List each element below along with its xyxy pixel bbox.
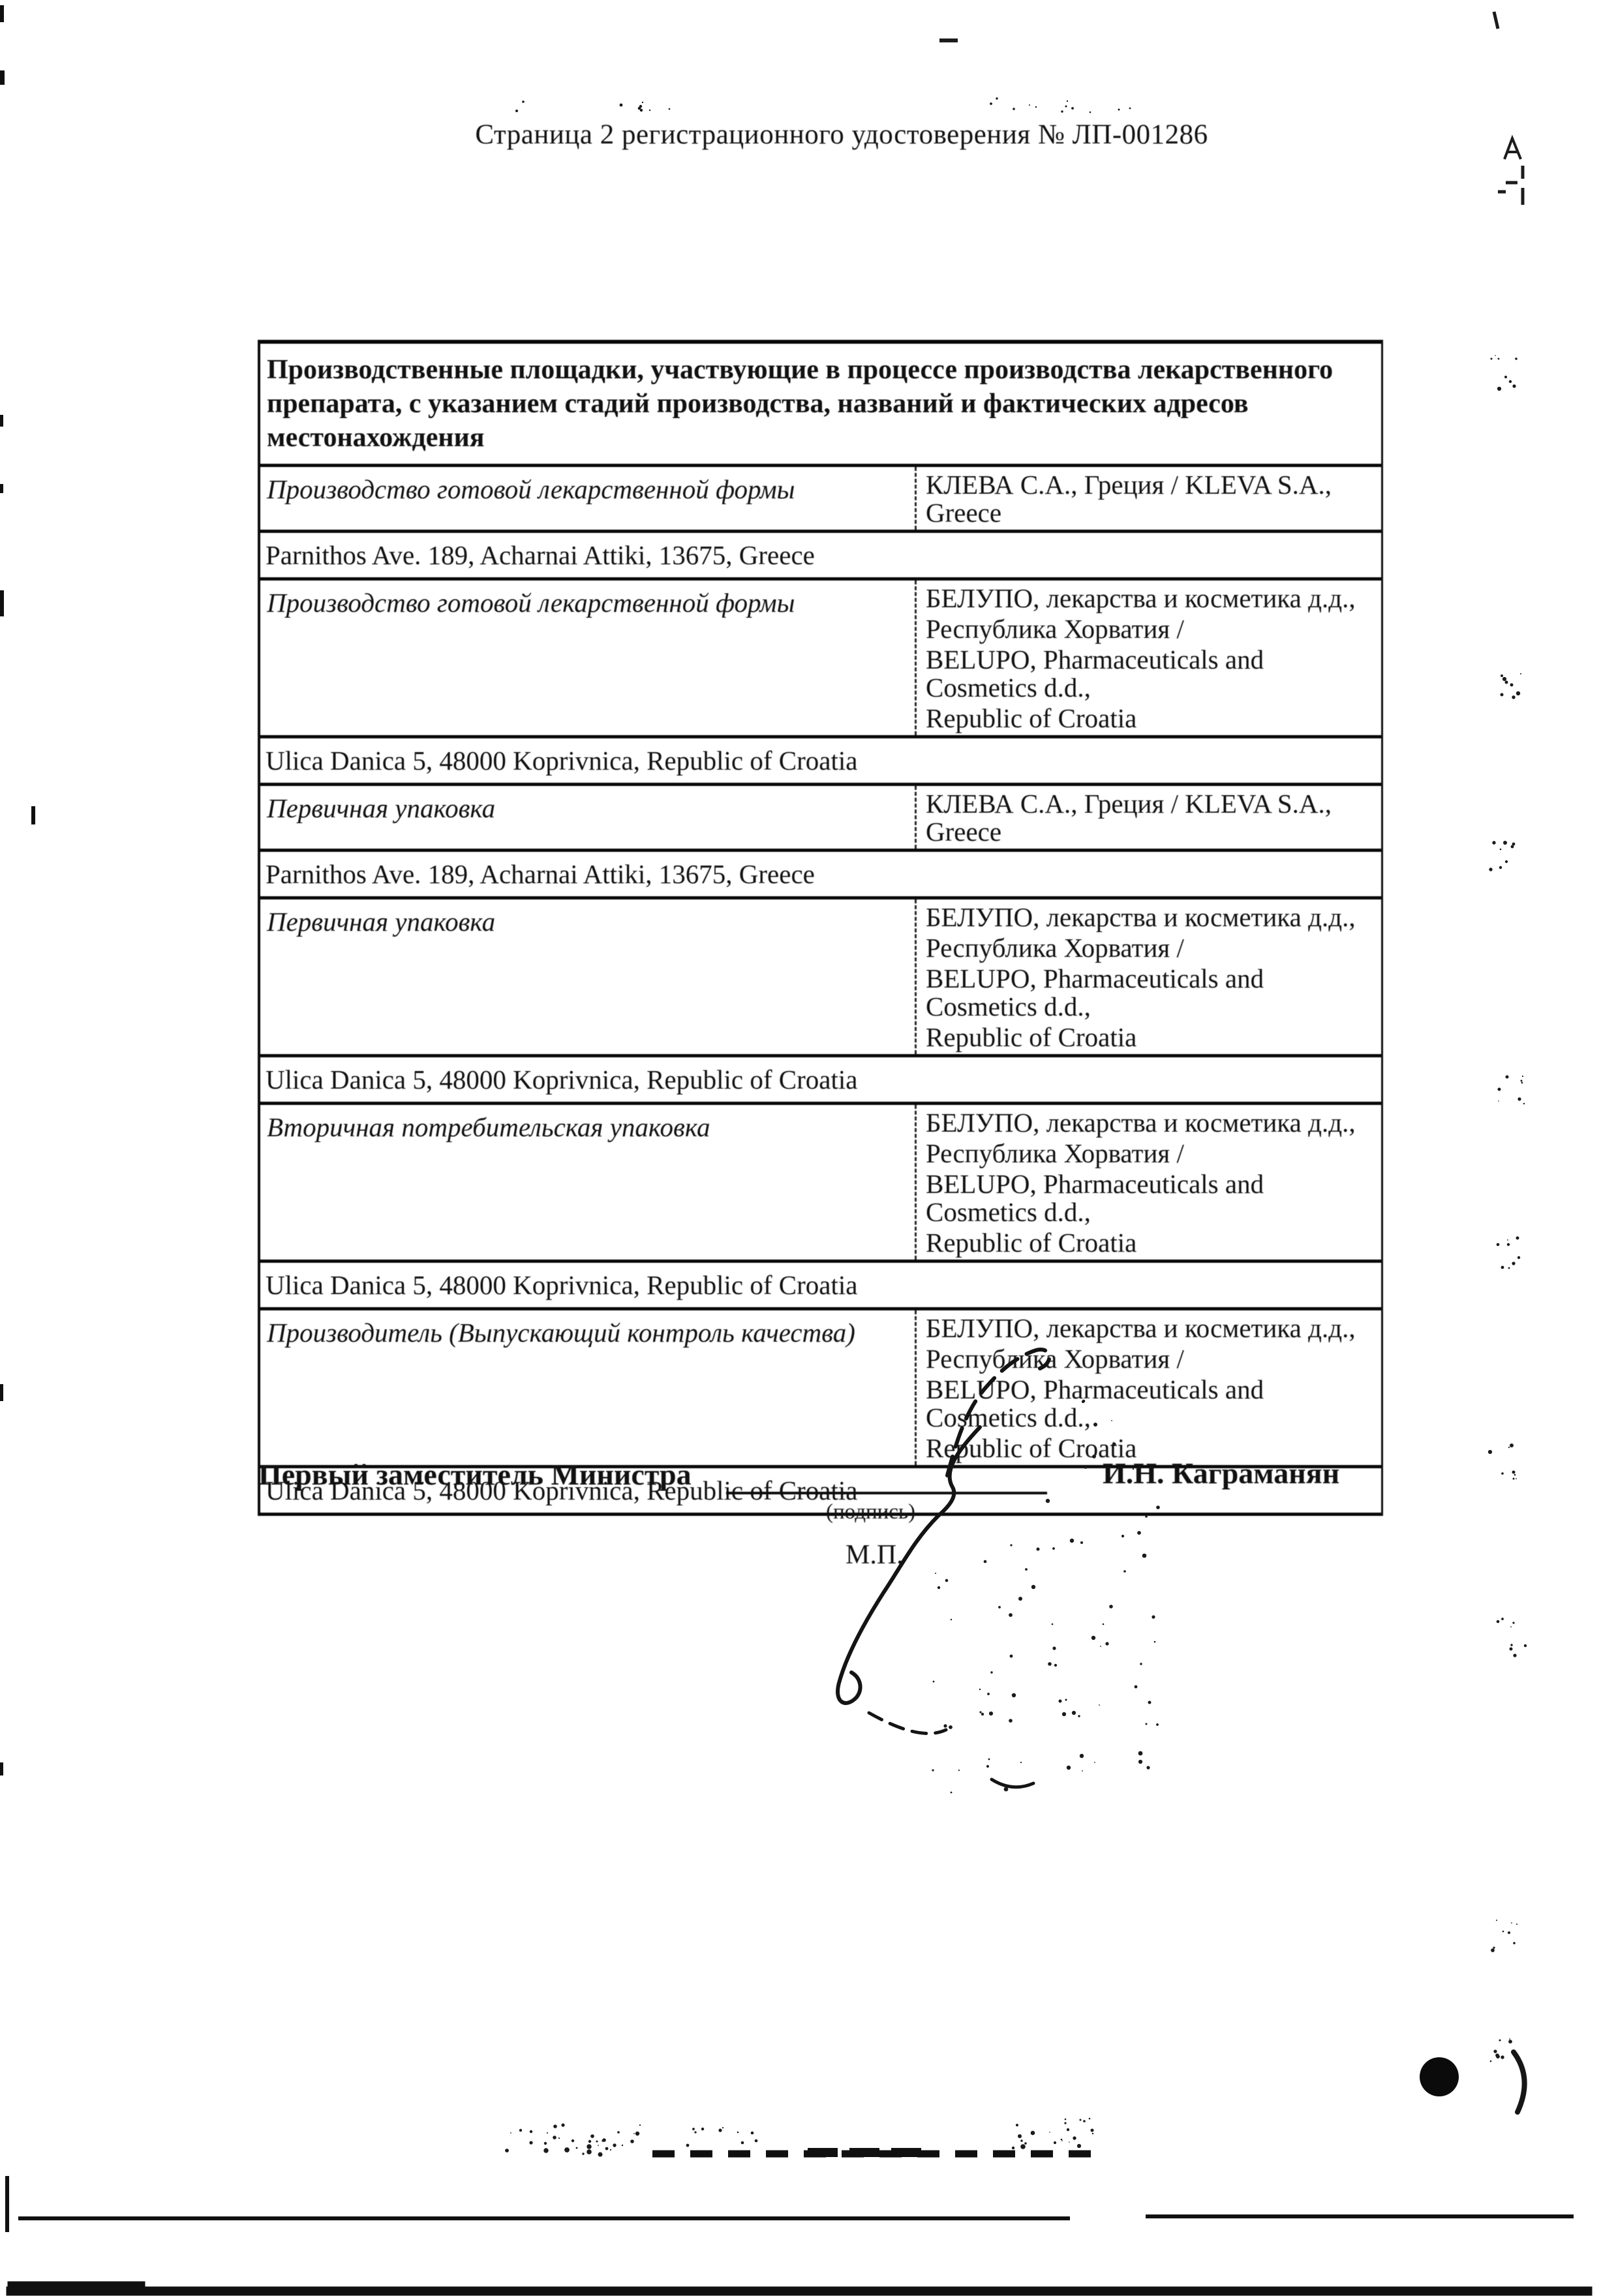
manufacturer-line: BELUPO, Pharmaceuticals and Cosmetics d.… (926, 1374, 1376, 1433)
manufacturer-line: BELUPO, Pharmaceuticals and Cosmetics d.… (926, 644, 1376, 703)
signer-name: И.Н. Каграманян (1103, 1456, 1339, 1490)
manufacturer-cell: КЛЕВА С.А., Греция / KLEVA S.A., Greece (915, 786, 1381, 849)
manufacturer-line: BELUPO, Pharmaceuticals and Cosmetics d.… (926, 1169, 1376, 1228)
signature-caption: (подпись) (826, 1500, 915, 1524)
manufacturer-cell: БЕЛУПО, лекарства и косметика д.д.,Респу… (915, 1105, 1381, 1260)
signer-title: Первый заместитель Министра (258, 1457, 692, 1492)
stage-cell: Вторичная потребительская упаковка (260, 1105, 915, 1260)
top-scan-marks (939, 12, 1523, 205)
table-row-address: Parnithos Ave. 189, Acharnai Attiki, 136… (260, 852, 1381, 899)
address-cell: Ulica Danica 5, 48000 Koprivnica, Republ… (260, 1263, 1381, 1307)
manufacturer-cell: БЕЛУПО, лекарства и косметика д.д.,Респу… (915, 581, 1381, 735)
manufacturer-line: Республика Хорватия / (926, 933, 1376, 963)
left-edge-marks (0, 5, 35, 1775)
stage-cell: Производство готовой лекарственной формы (260, 467, 915, 530)
table-row-stage: Производство готовой лекарственной формы… (260, 581, 1381, 738)
address-cell: Parnithos Ave. 189, Acharnai Attiki, 136… (260, 852, 1381, 896)
stage-cell: Производство готовой лекарственной формы (260, 581, 915, 735)
table-row-stage: Вторичная потребительская упаковка БЕЛУП… (260, 1105, 1381, 1263)
table-row-address: Ulica Danica 5, 48000 Koprivnica, Republ… (260, 1057, 1381, 1105)
table-row-stage: Производство готовой лекарственной формы… (260, 467, 1381, 533)
ink-dot (1420, 2057, 1459, 2096)
table-row-stage: Производитель (Выпускающий контроль каче… (260, 1310, 1381, 1468)
manufacturer-line: Республика Хорватия / (926, 1344, 1376, 1374)
manufacturer-line: Republic of Croatia (926, 703, 1376, 734)
signature-line (726, 1492, 1047, 1494)
manufacturer-line: Republic of Croatia (926, 1022, 1376, 1053)
manufacturer-line: КЛЕВА С.А., Греция / KLEVA S.A., Greece (926, 470, 1376, 528)
table-header: Производственные площадки, участвующие в… (260, 344, 1381, 467)
manufacturer-cell: БЕЛУПО, лекарства и косметика д.д.,Респу… (915, 899, 1381, 1054)
manufacturer-cell: БЕЛУПО, лекарства и косметика д.д.,Респу… (915, 1310, 1381, 1465)
manufacturer-line: БЕЛУПО, лекарства и косметика д.д., (926, 1313, 1376, 1344)
manufacturer-line: КЛЕВА С.А., Греция / KLEVA S.A., Greece (926, 789, 1376, 847)
manufacturer-line: Республика Хорватия / (926, 614, 1376, 644)
manufacturer-line: Республика Хорватия / (926, 1138, 1376, 1169)
address-cell: Ulica Danica 5, 48000 Koprivnica, Republ… (260, 738, 1381, 783)
address-cell: Ulica Danica 5, 48000 Koprivnica, Republ… (260, 1057, 1381, 1102)
table-row-address: Parnithos Ave. 189, Acharnai Attiki, 136… (260, 533, 1381, 581)
bracket-mark (1514, 2052, 1525, 2112)
page-title: Страница 2 регистрационного удостоверени… (287, 119, 1396, 151)
manufacturer-line: БЕЛУПО, лекарства и косметика д.д., (926, 1108, 1376, 1138)
manufacturer-cell: КЛЕВА С.А., Греция / KLEVA S.A., Greece (915, 467, 1381, 530)
document-page: Страница 2 регистрационного удостоверени… (0, 0, 1601, 2296)
seal-placeholder: М.П. (846, 1539, 904, 1571)
production-sites-table: Производственные площадки, участвующие в… (258, 340, 1383, 1516)
table-row-stage: Первичная упаковка БЕЛУПО, лекарства и к… (260, 899, 1381, 1057)
table-row-stage: Первичная упаковка КЛЕВА С.А., Греция / … (260, 786, 1381, 852)
manufacturer-line: БЕЛУПО, лекарства и косметика д.д., (926, 902, 1376, 933)
table-row-address: Ulica Danica 5, 48000 Koprivnica, Republ… (260, 738, 1381, 786)
manufacturer-line: BELUPO, Pharmaceuticals and Cosmetics d.… (926, 963, 1376, 1022)
stage-cell: Первичная упаковка (260, 899, 915, 1054)
bottom-scan-marks (7, 2152, 1592, 2295)
table-body: Производство готовой лекарственной формы… (260, 467, 1381, 1516)
manufacturer-line: БЕЛУПО, лекарства и косметика д.д., (926, 583, 1376, 614)
stage-cell: Производитель (Выпускающий контроль каче… (260, 1310, 915, 1465)
table-row-address: Ulica Danica 5, 48000 Koprivnica, Republ… (260, 1263, 1381, 1310)
manufacturer-line: Republic of Croatia (926, 1228, 1376, 1258)
address-cell: Parnithos Ave. 189, Acharnai Attiki, 136… (260, 533, 1381, 577)
stage-cell: Первичная упаковка (260, 786, 915, 849)
